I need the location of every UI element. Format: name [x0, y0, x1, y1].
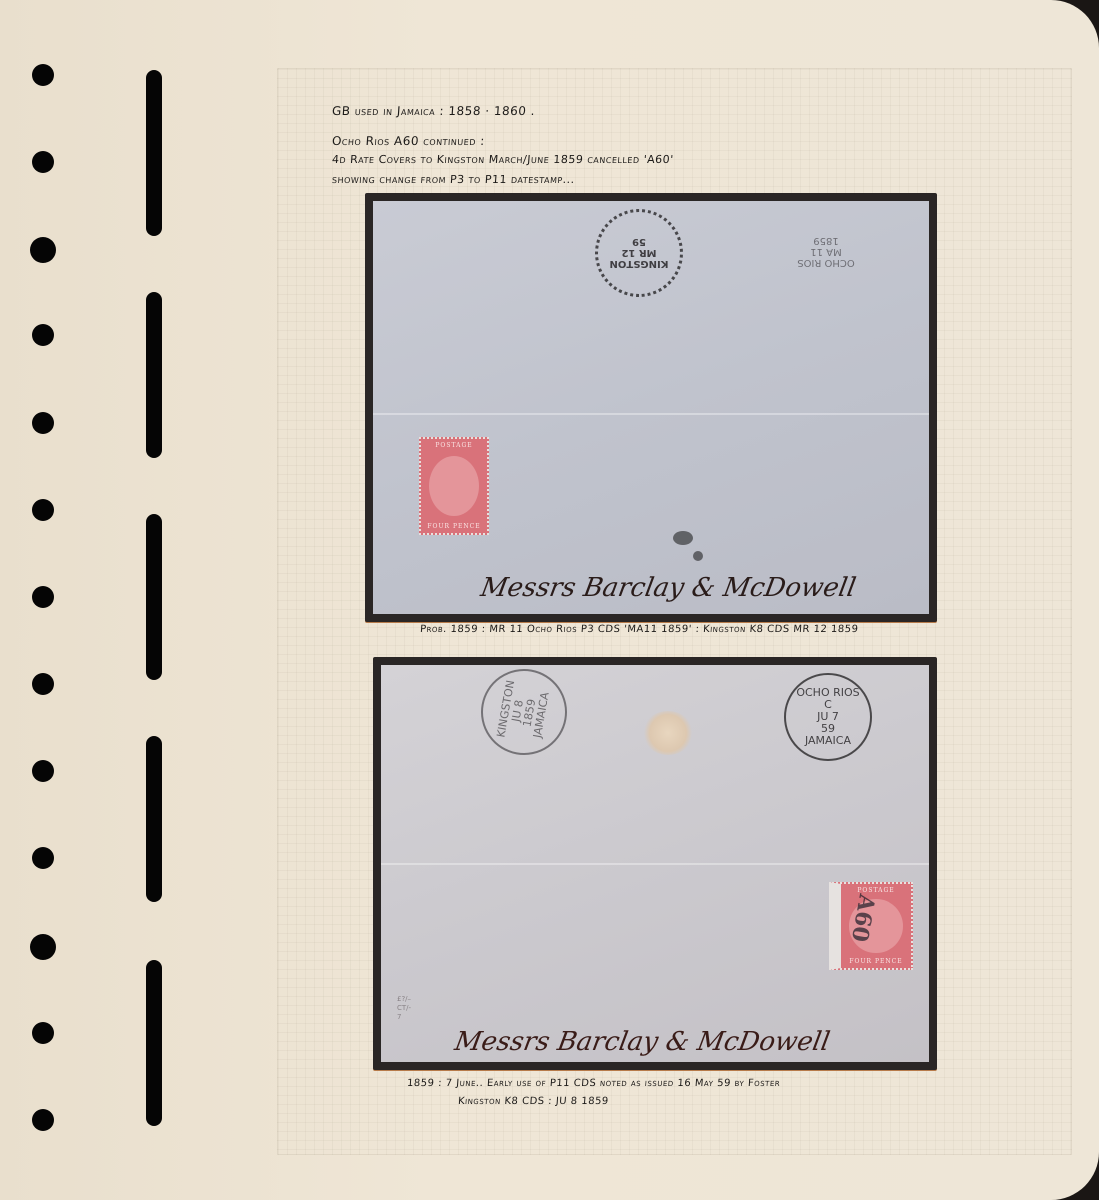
binder-hole — [32, 499, 54, 521]
binder-slot — [146, 292, 162, 458]
cover-mount-2: KINGSTON JU 8 1859 JAMAICA OCHO RIOS C J… — [373, 657, 937, 1070]
binder-hole — [32, 324, 54, 346]
page-description: 4d Rate Covers to Kingston March/June 18… — [332, 153, 675, 166]
postal-cover-2: KINGSTON JU 8 1859 JAMAICA OCHO RIOS C J… — [381, 665, 929, 1062]
binder-hole — [32, 1022, 54, 1044]
binder-hole — [32, 847, 54, 869]
ink-smudge — [693, 551, 703, 561]
cover-mount-1: KINGSTON MR 12 59 OCHO RIOS MA 11 1859 P… — [365, 193, 937, 622]
binder-slot — [146, 736, 162, 902]
embossed-seal — [643, 711, 693, 755]
postal-cover-1: KINGSTON MR 12 59 OCHO RIOS MA 11 1859 P… — [373, 201, 929, 614]
ink-smudge — [673, 531, 693, 545]
binder-hole — [32, 64, 54, 86]
page-description: showing change from P3 to P11 datestamp.… — [332, 173, 576, 186]
fold-line — [381, 863, 929, 865]
page-title: GB used in Jamaica : 1858 · 1860 . — [332, 104, 536, 118]
binder-hole — [32, 586, 54, 608]
address: Messrs Barclay & McDowell — [452, 1027, 832, 1057]
pencil-note: £?/– CT/- 7 — [397, 995, 411, 1022]
binder-hole — [32, 760, 54, 782]
kingston-postmark: KINGSTON MR 12 59 — [595, 209, 683, 297]
binder-hole — [32, 151, 54, 173]
ocho-rios-postmark: OCHO RIOS MA 11 1859 — [783, 209, 869, 295]
binder-hole — [32, 1109, 54, 1131]
fold-line — [373, 413, 929, 415]
album-page: GB used in Jamaica : 1858 · 1860 . Ocho … — [0, 0, 1099, 1200]
page-subtitle: Ocho Rios A60 continued : — [332, 134, 486, 148]
binder-hole — [30, 934, 56, 960]
binder-hole — [30, 237, 56, 263]
binder-hole — [32, 412, 54, 434]
address: Messrs Barclay & McDowell — [478, 573, 858, 603]
cover-caption: Kingston K8 CDS : JU 8 1859 — [458, 1096, 610, 1107]
binder-hole — [32, 673, 54, 695]
four-pence-stamp: POSTAGE FOUR PENCE — [419, 437, 489, 535]
cover-caption: 1859 : 7 June.. Early use of P11 CDS not… — [407, 1078, 781, 1089]
binder-slot — [146, 960, 162, 1126]
binder-slot — [146, 70, 162, 236]
ocho-rios-postmark: OCHO RIOS C JU 7 59 JAMAICA — [784, 673, 872, 761]
queen-victoria-portrait — [429, 456, 479, 516]
cover-caption: Prob. 1859 : MR 11 Ocho Rios P3 CDS 'MA1… — [420, 624, 859, 635]
binder-slot — [146, 514, 162, 680]
kingston-postmark: KINGSTON JU 8 1859 JAMAICA — [474, 665, 574, 762]
